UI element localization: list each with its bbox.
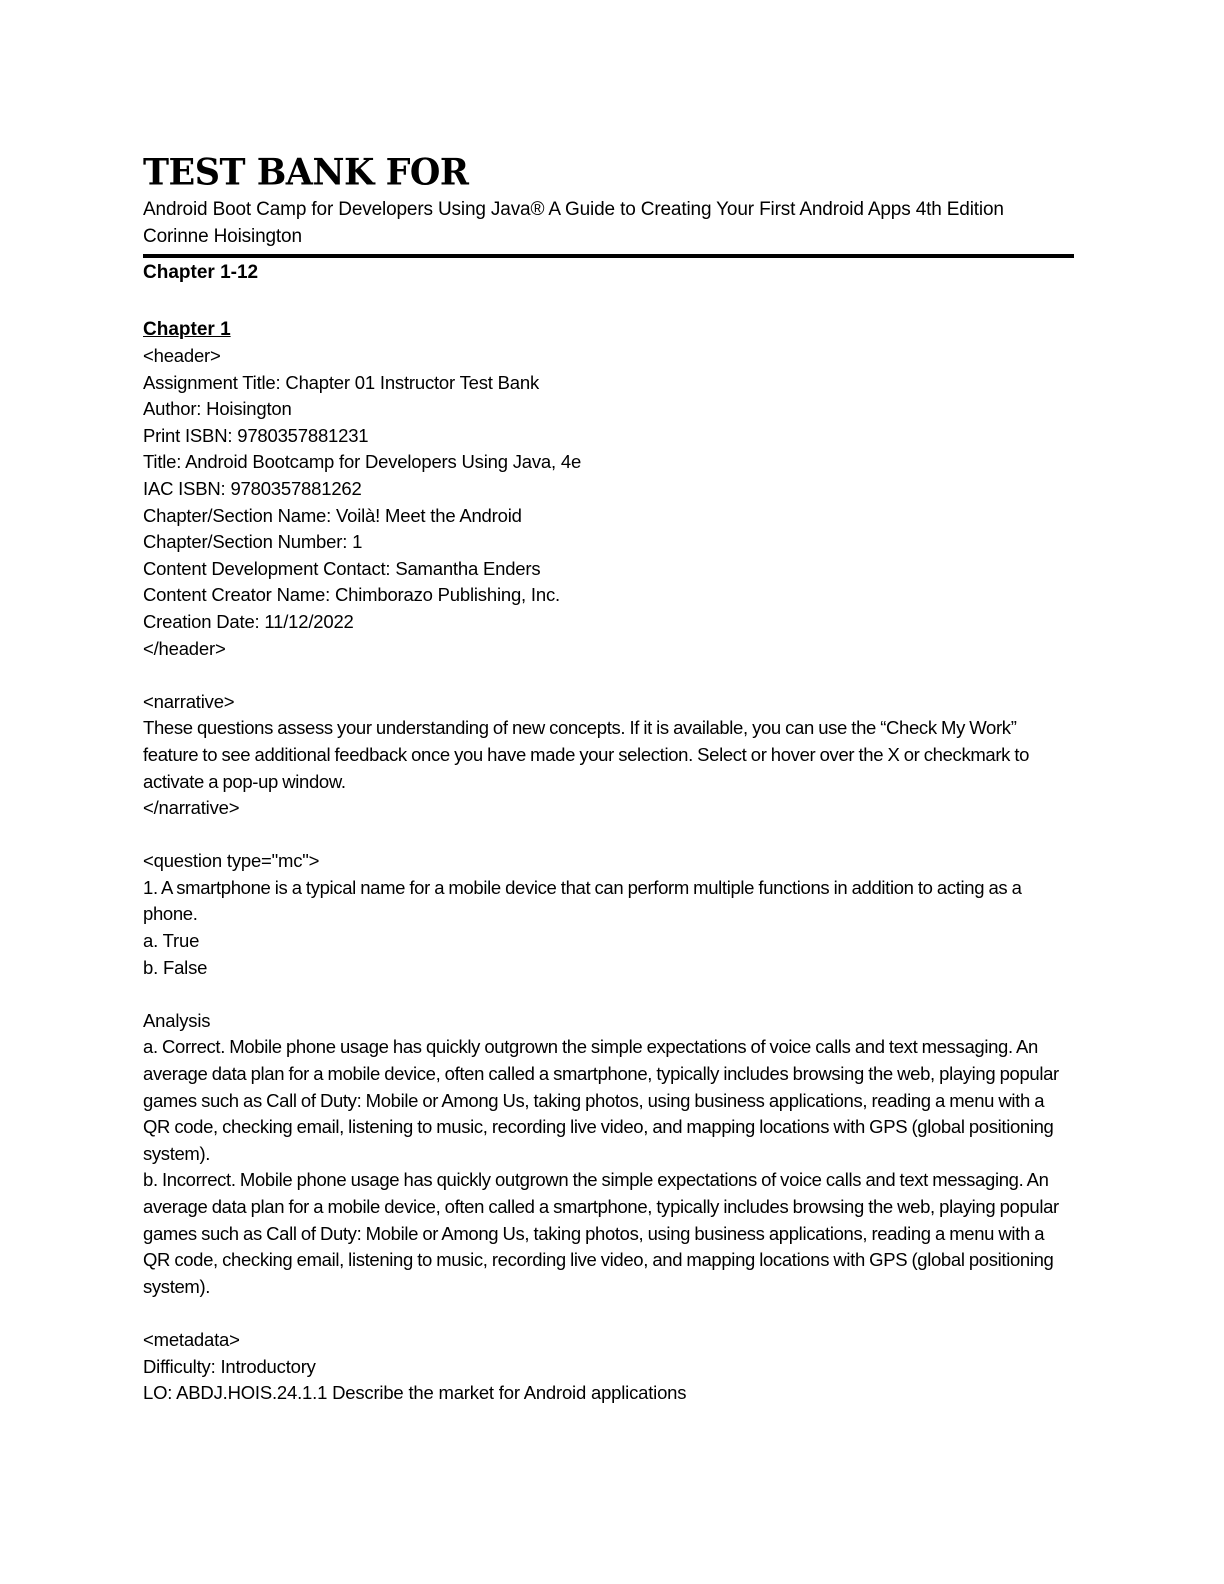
- chapter-range: Chapter 1-12: [143, 260, 1073, 286]
- analysis-text: a. Correct. Mobile phone usage has quick…: [143, 1034, 1073, 1167]
- metadata-line: LO: ABDJ.HOIS.24.1.1 Describe the market…: [143, 1380, 1073, 1407]
- document-title: TEST BANK FOR: [143, 150, 1073, 196]
- metadata-line: Difficulty: Introductory: [143, 1354, 1073, 1381]
- header-line: IAC ISBN: 9780357881262: [143, 476, 1073, 503]
- document-page: TEST BANK FOR Android Boot Camp for Deve…: [143, 150, 1073, 1407]
- header-line: Content Creator Name: Chimborazo Publish…: [143, 582, 1073, 609]
- question-prompt: 1. A smartphone is a typical name for a …: [143, 875, 1073, 928]
- header-line: Creation Date: 11/12/2022: [143, 609, 1073, 636]
- analysis-label: Analysis: [143, 1008, 1073, 1035]
- header-line: Chapter/Section Name: Voilà! Meet the An…: [143, 503, 1073, 530]
- spacer: [143, 822, 1073, 849]
- header-line: Content Development Contact: Samantha En…: [143, 556, 1073, 583]
- narrative-text: These questions assess your understandin…: [143, 715, 1073, 795]
- header-line: Assignment Title: Chapter 01 Instructor …: [143, 370, 1073, 397]
- book-subtitle: Android Boot Camp for Developers Using J…: [143, 196, 1073, 250]
- metadata-open-tag: <metadata>: [143, 1327, 1073, 1354]
- chapter-heading: Chapter 1: [143, 317, 1073, 343]
- question-block: <question type="mc"> 1. A smartphone is …: [143, 848, 1073, 1300]
- question-open-tag: <question type="mc">: [143, 848, 1073, 875]
- header-close-tag: </header>: [143, 636, 1073, 663]
- spacer: [143, 981, 1073, 1008]
- header-line: Author: Hoisington: [143, 396, 1073, 423]
- header-block: <header> Assignment Title: Chapter 01 In…: [143, 343, 1073, 662]
- spacer: [143, 1300, 1073, 1327]
- title-divider: [143, 254, 1074, 258]
- answer-option: b. False: [143, 955, 1073, 982]
- header-line: Title: Android Bootcamp for Developers U…: [143, 449, 1073, 476]
- metadata-block: <metadata> Difficulty: Introductory LO: …: [143, 1327, 1073, 1407]
- header-open-tag: <header>: [143, 343, 1073, 370]
- answer-option: a. True: [143, 928, 1073, 955]
- narrative-close-tag: </narrative>: [143, 795, 1073, 822]
- header-line: Chapter/Section Number: 1: [143, 529, 1073, 556]
- header-line: Print ISBN: 9780357881231: [143, 423, 1073, 450]
- analysis-text: b. Incorrect. Mobile phone usage has qui…: [143, 1167, 1073, 1300]
- narrative-open-tag: <narrative>: [143, 689, 1073, 716]
- spacer: [143, 662, 1073, 689]
- narrative-block: <narrative> These questions assess your …: [143, 689, 1073, 822]
